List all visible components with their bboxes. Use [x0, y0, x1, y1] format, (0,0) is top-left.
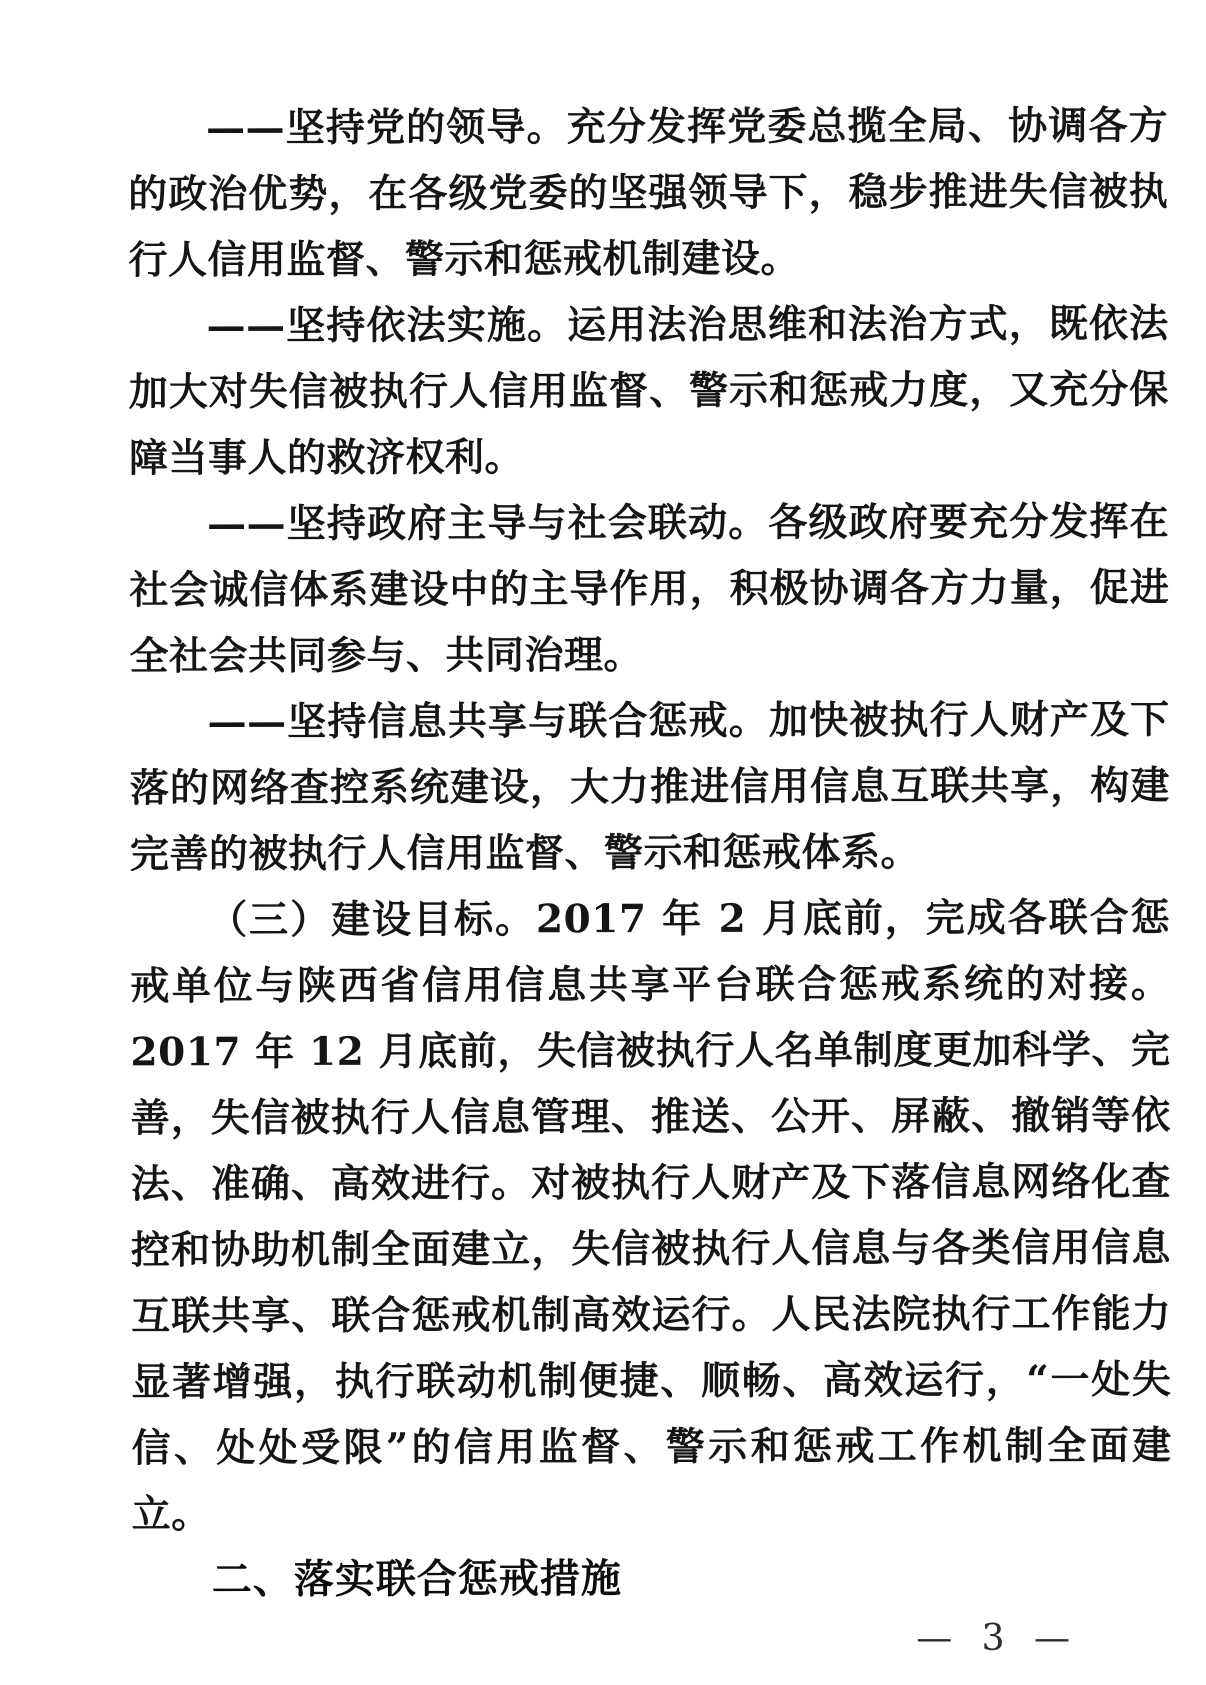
page-number: — 3 —	[916, 1618, 1070, 1659]
paragraph-government-led-social-linkage: ——坚持政府主导与社会联动。各级政府要充分发挥在社会诚信体系建设中的主导作用，积…	[129, 489, 1170, 690]
section-heading-joint-discipline-measures: 二、落实联合惩戒措施	[132, 1545, 1172, 1614]
paragraph-implement-by-law: ——坚持依法实施。运用法治思维和法治方式，既依法加大对失信被执行人信用监督、警示…	[129, 291, 1170, 492]
document-page: ——坚持党的领导。充分发挥党委总揽全局、协调各方的政治优势，在各级党委的坚强领导…	[0, 0, 1206, 1685]
paragraph-information-sharing-joint-discipline: ——坚持信息共享与联合惩戒。加快被执行人财产及下落的网络查控系统建设，大力推进信…	[130, 687, 1171, 888]
document-body: ——坚持党的领导。充分发挥党委总揽全局、协调各方的政治优势，在各级党委的坚强领导…	[128, 93, 1172, 1614]
paragraph-construction-goals: （三）建设目标。2017 年 2 月底前，完成各联合惩戒单位与陕西省信用信息共享…	[130, 885, 1172, 1548]
paragraph-uphold-party-leadership: ——坚持党的领导。充分发挥党委总揽全局、协调各方的政治优势，在各级党委的坚强领导…	[128, 93, 1169, 294]
